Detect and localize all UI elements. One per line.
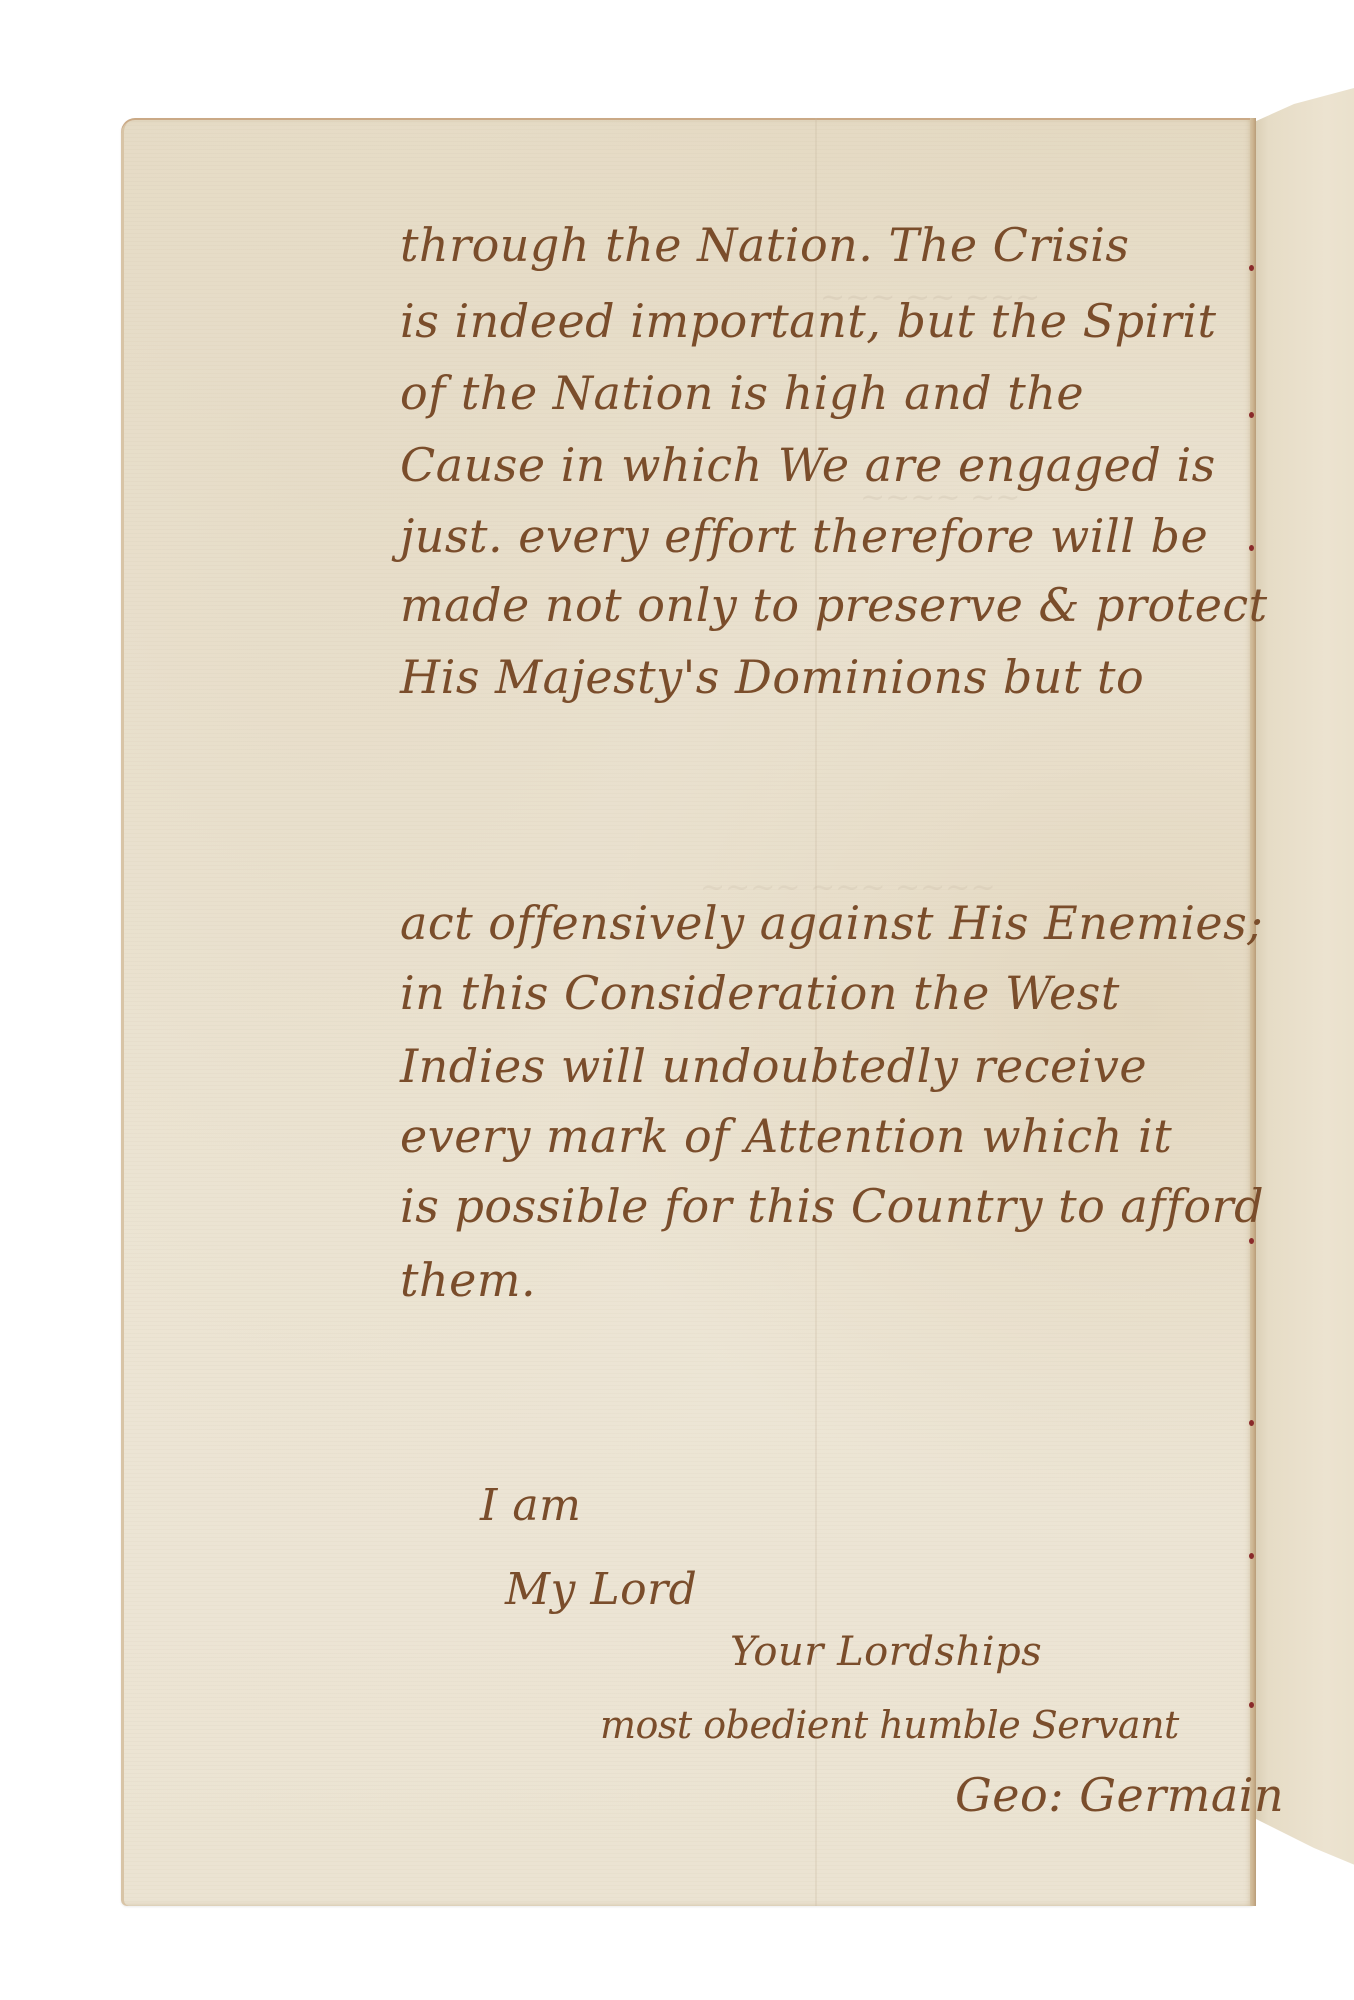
stitch-hole [1249, 545, 1254, 551]
letter-line: in this Consideration the West [400, 970, 1120, 1016]
closing-servant: most obedient humble Servant [600, 1706, 1179, 1744]
binding-gutter [1250, 118, 1256, 1906]
facing-page [1254, 88, 1354, 1878]
stitch-hole [1249, 265, 1254, 271]
stitch-hole [1249, 1702, 1254, 1708]
letter-line: is possible for this Country to afford [400, 1183, 1264, 1229]
signature: Geo: Germain [955, 1772, 1284, 1818]
letter-line: through the Nation. The Crisis [400, 222, 1129, 268]
document-scene: ~~~ ~~ ~~~ ~~~~ ~~ ~~~~ ~~~ ~~~~ through… [0, 0, 1354, 2000]
stitch-hole [1249, 412, 1254, 418]
stitch-hole [1249, 1238, 1254, 1244]
letter-line: Indies will undoubtedly receive [400, 1043, 1147, 1089]
letter-line: of the Nation is high and the [400, 370, 1084, 416]
letter-line: act offensively against His Enemies; [400, 900, 1263, 946]
stitch-hole [1249, 1420, 1254, 1426]
letter-line: every mark of Attention which it [400, 1113, 1172, 1159]
letter-line: them. [400, 1257, 536, 1303]
letter-line: just. every effort therefore will be [400, 513, 1208, 559]
closing-salutation: My Lord [505, 1568, 697, 1612]
letter-line: made not only to preserve & protect [400, 582, 1268, 628]
letter-line: Cause in which We are engaged is [400, 442, 1216, 488]
letter-line: is indeed important, but the Spirit [400, 298, 1216, 344]
letter-line: His Majesty's Dominions but to [400, 654, 1144, 700]
closing-your-lordships: Your Lordships [730, 1632, 1042, 1672]
closing-i-am: I am [480, 1484, 581, 1528]
stitch-hole [1249, 1553, 1254, 1559]
